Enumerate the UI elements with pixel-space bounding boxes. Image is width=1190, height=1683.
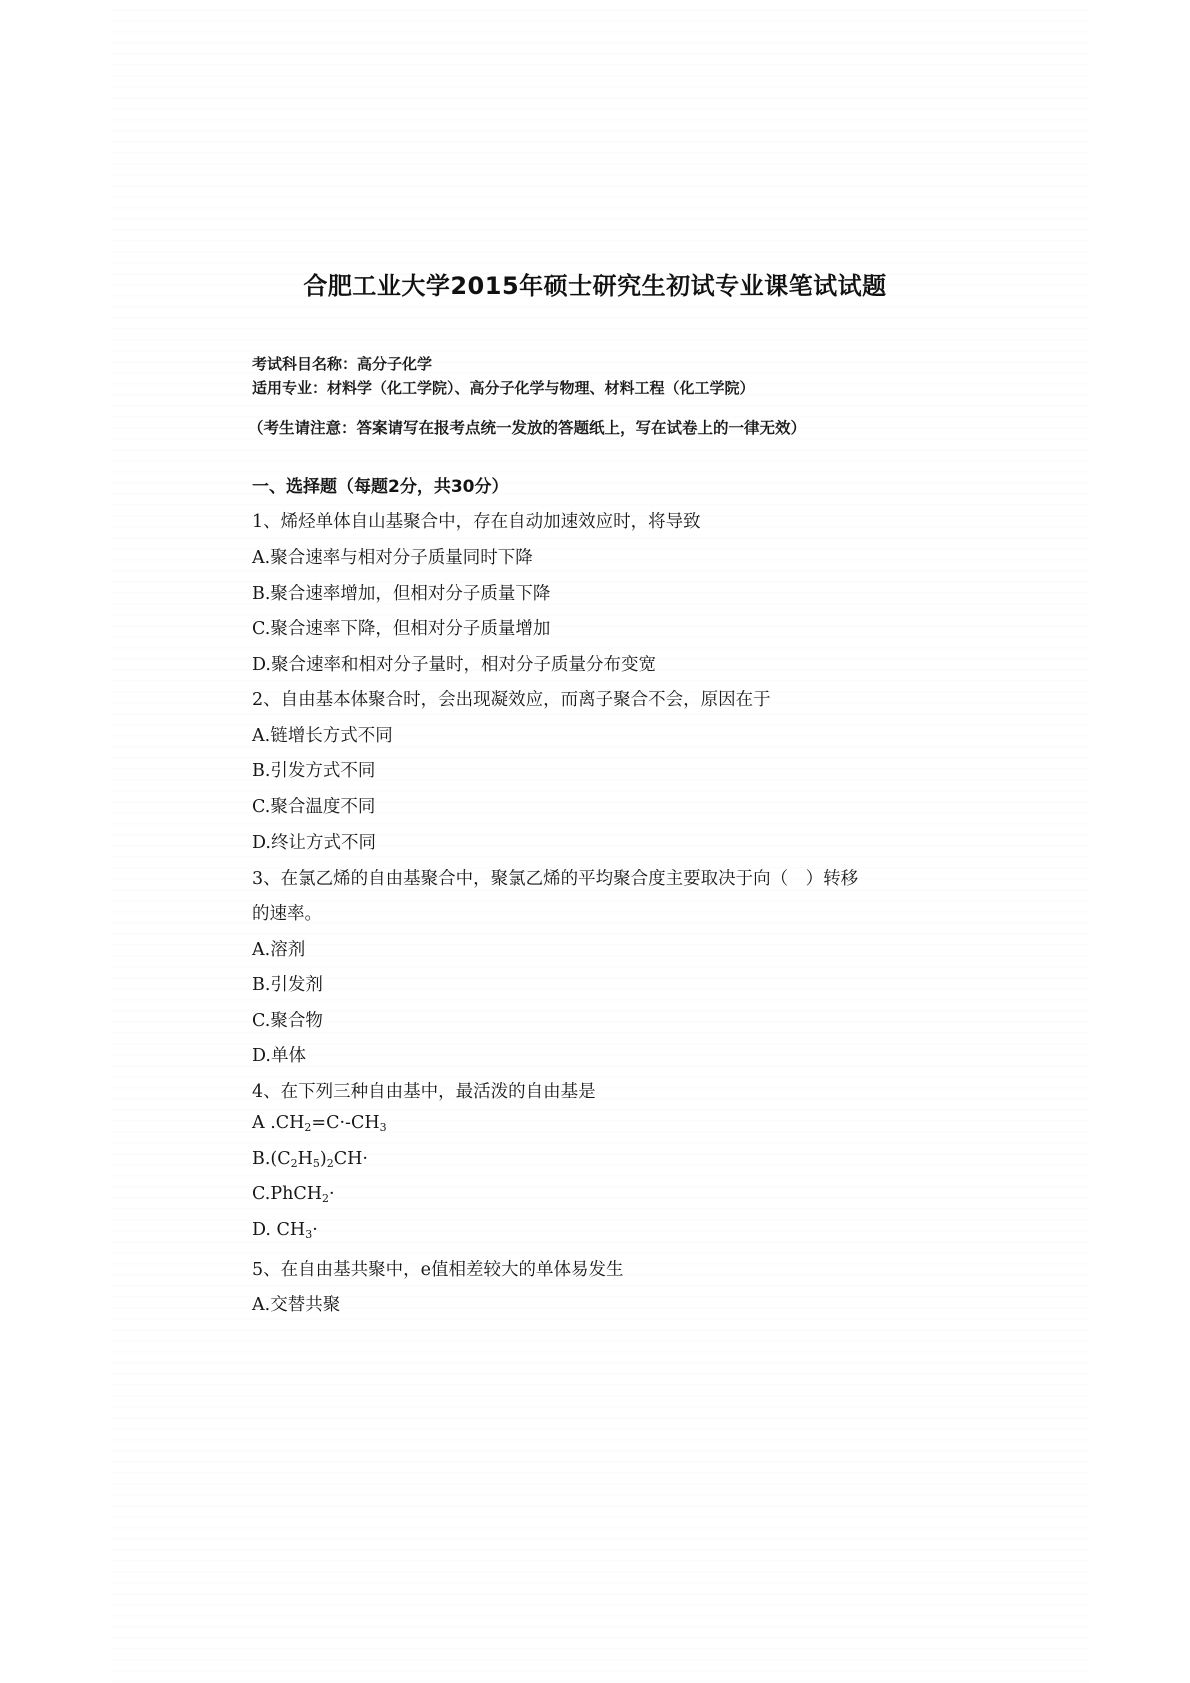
exam-page: 合肥工业大学2015年硕士研究生初试专业课笔试试题 考试科目名称：高分子化学 适… — [0, 0, 1190, 1683]
question-1-option-b: B.聚合速率增加，但相对分子质量下降 — [252, 580, 550, 605]
question-1-option-d: D.聚合速率和相对分子量时，相对分子质量分布变宽 — [252, 651, 656, 676]
formula-text: =C·-CH — [311, 1113, 379, 1133]
question-4-option-d: D. CH3· — [252, 1220, 318, 1241]
formula-text: · — [312, 1220, 318, 1240]
question-3-option-c: C.聚合物 — [252, 1007, 323, 1032]
majors-line: 适用专业：材料学（化工学院）、高分子化学与物理、材料工程（化工学院） — [252, 377, 755, 398]
formula-text: · — [329, 1184, 335, 1204]
question-2-option-d: D.终让方式不同 — [252, 829, 376, 854]
formula-text: C.PhCH — [252, 1184, 322, 1204]
question-4-stem: 4、在下列三种自由基中，最活泼的自由基是 — [252, 1078, 596, 1103]
formula-text: H — [298, 1149, 313, 1169]
question-4-option-c: C.PhCH2· — [252, 1184, 335, 1205]
subject-line: 考试科目名称：高分子化学 — [252, 353, 432, 374]
question-4-option-a: A .CH2=C·-CH3 — [252, 1113, 387, 1134]
question-1-option-c: C.聚合速率下降，但相对分子质量增加 — [252, 615, 550, 640]
formula-subscript: 3 — [380, 1121, 387, 1134]
formula-text: A .CH — [252, 1113, 304, 1133]
question-2-option-c: C.聚合温度不同 — [252, 793, 375, 818]
question-2-stem: 2、自由基本体聚合时，会出现凝效应，而离子聚合不会，原因在于 — [252, 686, 771, 711]
formula-text: B.(C — [252, 1149, 291, 1169]
question-3-stem: 3、在氯乙烯的自由基聚合中，聚氯乙烯的平均聚合度主要取决于向（ ）转移 — [252, 865, 858, 890]
question-1-option-a: A.聚合速率与相对分子质量同时下降 — [252, 544, 533, 569]
question-5-stem: 5、在自由基共聚中，e值相差较大的单体易发生 — [252, 1256, 624, 1281]
question-3-option-b: B.引发剂 — [252, 971, 323, 996]
formula-subscript: 2 — [291, 1157, 298, 1170]
question-3-option-a: A.溶剂 — [252, 936, 305, 961]
question-5-option-a: A.交替共聚 — [252, 1291, 340, 1316]
question-2-option-b: B.引发方式不同 — [252, 757, 375, 782]
exam-title: 合肥工业大学2015年硕士研究生初试专业课笔试试题 — [0, 266, 1190, 301]
question-3-option-d: D.单体 — [252, 1042, 306, 1067]
section-heading-multiple-choice: 一、选择题（每题2分，共30分） — [252, 472, 509, 497]
formula-text: D. CH — [252, 1220, 305, 1240]
formula-text: ) — [320, 1149, 327, 1169]
question-3-stem-continued: 的速率。 — [252, 900, 322, 925]
question-4-option-b: B.(C2H5)2CH· — [252, 1149, 368, 1170]
question-2-option-a: A.链增长方式不同 — [252, 722, 393, 747]
formula-text: CH· — [334, 1149, 368, 1169]
formula-subscript: 2 — [327, 1157, 334, 1170]
formula-subscript: 5 — [313, 1157, 320, 1170]
answer-notice: （考生请注意：答案请写在报考点统一发放的答题纸上，写在试卷上的一律无效） — [248, 416, 806, 438]
formula-subscript: 2 — [322, 1192, 329, 1205]
question-1-stem: 1、烯烃单体自山基聚合中，存在自动加速效应时，将导致 — [252, 508, 701, 533]
